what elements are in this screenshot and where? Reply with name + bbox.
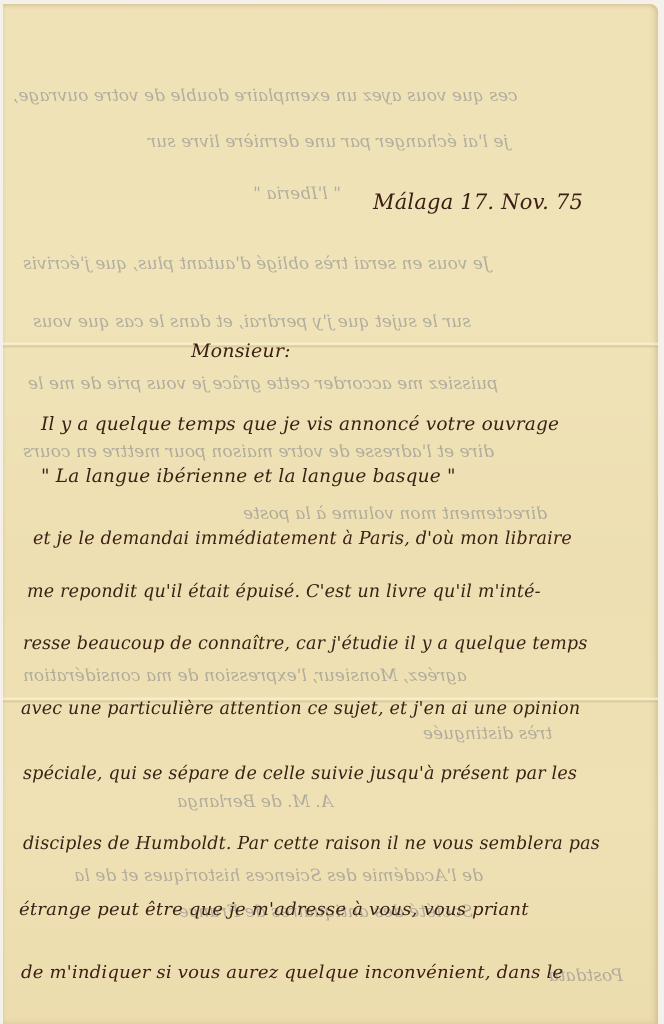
- fold-line-upper: [3, 342, 658, 348]
- body-line: disciples de Humboldt. Par cette raison …: [23, 834, 600, 854]
- bleed-through-line: dire et l'adresse de votre maison pour m…: [23, 442, 638, 462]
- body-line: avec une particulière attention ce sujet…: [21, 699, 580, 719]
- body-line: Il y a quelque temps que je vis annoncé …: [41, 414, 559, 435]
- bleed-through-line: de l'Académie des Sciences historiques e…: [63, 866, 483, 886]
- dateline: Málaga 17. Nov. 75: [373, 190, 583, 214]
- body-line: resse beaucoup de connaître, car j'étudi…: [23, 634, 588, 654]
- bleed-through-line: " l'Iberia ": [221, 184, 341, 204]
- bleed-through-line: directement mon volume à la poste: [243, 504, 638, 524]
- bleed-through-line: Je vous en serai très obligé d'autant pl…: [23, 254, 638, 274]
- body-line: " La langue ibérienne et la langue basqu…: [41, 466, 456, 487]
- bleed-through-line: ces que vous ayez un exemplaire double d…: [13, 86, 643, 106]
- body-line: spéciale, qui se sépare de celle suivie …: [23, 764, 577, 784]
- bleed-through-line: A. M. de Berlanga: [133, 792, 333, 812]
- bleed-through-line: je l'ai échanger par une dernière livre …: [148, 132, 643, 152]
- bleed-through-line: sur le sujet que j'y perdrai, et dans le…: [33, 312, 638, 332]
- body-line: de m'indiquer si vous aurez quelque inco…: [21, 962, 563, 983]
- bleed-through-line: agréez, Monsieur, l'expression de ma con…: [23, 666, 638, 686]
- body-line: me repondit qu'il était épuisé. C'est un…: [27, 582, 541, 602]
- salutation: Monsieur:: [191, 340, 291, 362]
- body-line: étrange peut être que je m'adresse à vou…: [19, 899, 529, 920]
- letter-page: ces que vous ayez un exemplaire double d…: [3, 4, 658, 1024]
- bleed-through-line: puissiez me accorder cette grâce je vous…: [28, 374, 643, 394]
- body-line: et je le demandai immédiatement à Paris,…: [33, 529, 572, 549]
- bleed-through-line: très distinguée: [423, 724, 638, 744]
